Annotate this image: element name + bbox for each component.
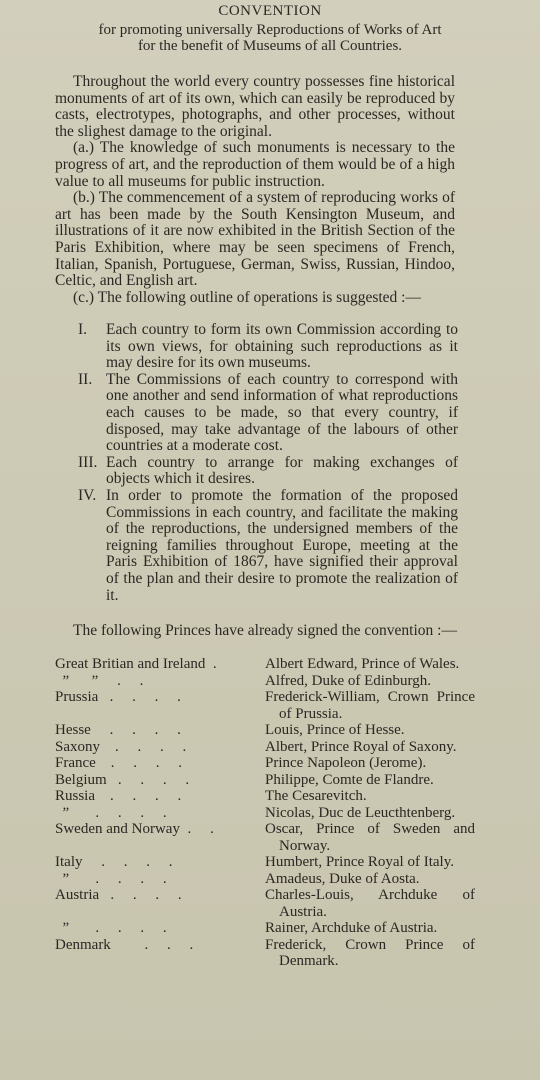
signatory-row: Saxony . . . .Albert, Prince Royal of Sa… [55, 739, 475, 756]
country: Great Britian and Ireland . [55, 656, 265, 673]
paragraph-a: (a.) The knowledge of such monuments is … [55, 140, 455, 190]
signatory-row: ” . . . .Rainer, Archduke of Austria. [55, 920, 475, 937]
country: Denmark . . . [55, 937, 265, 970]
country: Prussia . . . . [55, 689, 265, 722]
country: Russia . . . . [55, 788, 265, 805]
country: Hesse . . . . [55, 722, 265, 739]
operations-list: I. Each country to form its own Commissi… [78, 322, 458, 604]
prince: Albert Edward, Prince of Wales. [265, 656, 475, 673]
country: Belgium . . . . [55, 772, 265, 789]
prince: Prince Napoleon (Jerome). [265, 755, 475, 772]
operation-number: III. [78, 455, 106, 488]
prince: Amadeus, Duke of Aosta. [265, 871, 475, 888]
signatory-row: Russia . . . .The Cesarevitch. [55, 788, 475, 805]
prince: Charles-Louis, Archduke of Austria. [265, 887, 475, 920]
operation-text: The Commissions of each country to corre… [106, 372, 458, 455]
operation-text: In order to promote the formation of the… [106, 488, 458, 604]
signatory-row: Prussia . . . .Frederick-William, Crown … [55, 689, 475, 722]
operation-item: I. Each country to form its own Commissi… [78, 322, 458, 372]
subtitle-line-2: for the benefit of Museums of all Countr… [0, 38, 540, 54]
operation-item: II. The Commissions of each country to c… [78, 372, 458, 455]
signatory-row: ” . . . .Nicolas, Duc de Leucthtenberg. [55, 805, 475, 822]
country: ” ” . . [55, 673, 265, 690]
country: France . . . . [55, 755, 265, 772]
prince: Oscar, Prince of Sweden and Norway. [265, 821, 475, 854]
signatory-row: Sweden and Norway . .Oscar, Prince of Sw… [55, 821, 475, 854]
signatory-row: Hesse . . . .Louis, Prince of Hesse. [55, 722, 475, 739]
operation-number: II. [78, 372, 106, 455]
country: ” . . . . [55, 805, 265, 822]
operation-number: I. [78, 322, 106, 372]
paragraph-c: (c.) The following outline of operations… [55, 290, 455, 307]
prince: Nicolas, Duc de Leucthtenberg. [265, 805, 475, 822]
signatory-row: Austria . . . .Charles-Louis, Archduke o… [55, 887, 475, 920]
operation-number: IV. [78, 488, 106, 604]
signatory-row: Italy . . . .Humbert, Prince Royal of It… [55, 854, 475, 871]
paragraph-b: (b.) The commencement of a system of rep… [55, 190, 455, 290]
prince: Frederick-William, Crown Prince of Pruss… [265, 689, 475, 722]
operation-text: Each country to form its own Commission … [106, 322, 458, 372]
signatory-row: ” . . . .Amadeus, Duke of Aosta. [55, 871, 475, 888]
country: Italy . . . . [55, 854, 265, 871]
prince: Frederick, Crown Prince of Denmark. [265, 937, 475, 970]
signatory-row: Denmark . . .Frederick, Crown Prince of … [55, 937, 475, 970]
signatory-row: ” ” . .Alfred, Duke of Edinburgh. [55, 673, 475, 690]
document-title: CONVENTION [0, 2, 540, 20]
signatories-intro: The following Princes have already signe… [73, 622, 457, 640]
prince: The Cesarevitch. [265, 788, 475, 805]
intro-paragraph: Throughout the world every country posse… [55, 74, 455, 140]
prince: Rainer, Archduke of Austria. [265, 920, 475, 937]
prince: Alfred, Duke of Edinburgh. [265, 673, 475, 690]
country: Sweden and Norway . . [55, 821, 265, 854]
signatory-row: Belgium . . . .Philippe, Comte de Flandr… [55, 772, 475, 789]
signatory-row: France . . . .Prince Napoleon (Jerome). [55, 755, 475, 772]
prince: Philippe, Comte de Flandre. [265, 772, 475, 789]
country: Austria . . . . [55, 887, 265, 920]
prince: Louis, Prince of Hesse. [265, 722, 475, 739]
prince: Humbert, Prince Royal of Italy. [265, 854, 475, 871]
operation-text: Each country to arrange for making excha… [106, 455, 458, 488]
operation-item: IV. In order to promote the formation of… [78, 488, 458, 604]
document-page: CONVENTION for promoting universally Rep… [0, 0, 540, 1080]
operation-item: III. Each country to arrange for making … [78, 455, 458, 488]
signatory-row: Great Britian and Ireland .Albert Edward… [55, 656, 475, 673]
country: Saxony . . . . [55, 739, 265, 756]
preamble: Throughout the world every country posse… [55, 74, 455, 306]
country: ” . . . . [55, 871, 265, 888]
signatories-table: Great Britian and Ireland .Albert Edward… [55, 656, 475, 970]
country: ” . . . . [55, 920, 265, 937]
subtitle-line-1: for promoting universally Reproductions … [0, 22, 540, 38]
prince: Albert, Prince Royal of Saxony. [265, 739, 475, 756]
